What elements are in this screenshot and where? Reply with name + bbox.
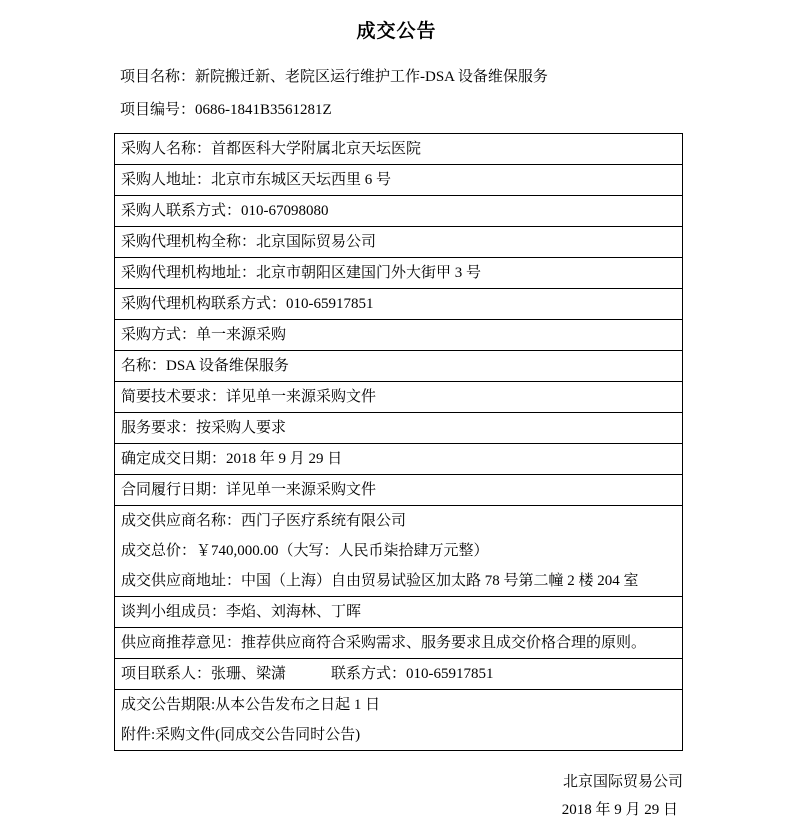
- signature-block: 北京国际贸易公司 2018 年 9 月 29 日: [114, 768, 683, 824]
- project-name-line: 项目名称：新院搬迁新、老院区运行维护工作-DSA 设备维保服务: [120, 61, 793, 94]
- cell-award-date: 确定成交日期：2018 年 9 月 29 日: [115, 444, 683, 475]
- cell-agency-name: 采购代理机构全称：北京国际贸易公司: [115, 227, 683, 258]
- cell-announcement-period: 成交公告期限:从本公告发布之日起 1 日 附件:采购文件(同成交公告同时公告): [115, 690, 683, 751]
- announcement-table: 采购人名称：首都医科大学附属北京天坛医院 采购人地址：北京市东城区天坛西里 6 …: [114, 133, 683, 751]
- table-row: 成交公告期限:从本公告发布之日起 1 日 附件:采购文件(同成交公告同时公告): [115, 690, 683, 751]
- signature-organization: 北京国际贸易公司: [114, 768, 683, 796]
- cell-agency-contact: 采购代理机构联系方式：010-65917851: [115, 289, 683, 320]
- signature-date: 2018 年 9 月 29 日: [114, 796, 683, 824]
- agency-contact-text: 采购代理机构联系方式：010-65917851: [121, 289, 676, 319]
- total-price-text: 成交总价：￥740,000.00（大写：人民币柒拾肆万元整）: [121, 536, 676, 566]
- table-row: 服务要求：按采购人要求: [115, 413, 683, 444]
- procurement-method-text: 采购方式：单一来源采购: [121, 320, 676, 350]
- table-row: 项目联系人：张珊、梁潇 联系方式：010-65917851: [115, 659, 683, 690]
- cell-purchaser-contact: 采购人联系方式：010-67098080: [115, 196, 683, 227]
- purchaser-contact-text: 采购人联系方式：010-67098080: [121, 196, 676, 226]
- service-requirements-text: 服务要求：按采购人要求: [121, 413, 676, 443]
- cell-supplier-recommendation: 供应商推荐意见：推荐供应商符合采购需求、服务要求且成交价格合理的原则。: [115, 628, 683, 659]
- table-row: 简要技术要求：详见单一来源采购文件: [115, 382, 683, 413]
- table-row: 采购人联系方式：010-67098080: [115, 196, 683, 227]
- table-row: 采购方式：单一来源采购: [115, 320, 683, 351]
- table-row: 供应商推荐意见：推荐供应商符合采购需求、服务要求且成交价格合理的原则。: [115, 628, 683, 659]
- negotiation-team-text: 谈判小组成员：李焰、刘海林、丁晖: [121, 597, 676, 627]
- cell-negotiation-team: 谈判小组成员：李焰、刘海林、丁晖: [115, 597, 683, 628]
- purchaser-name-text: 采购人名称：首都医科大学附属北京天坛医院: [121, 134, 676, 164]
- project-contact-text: 项目联系人：张珊、梁潇 联系方式：010-65917851: [121, 659, 676, 689]
- project-number-line: 项目编号：0686-1841B3561281Z: [120, 94, 793, 127]
- cell-technical-requirements: 简要技术要求：详见单一来源采购文件: [115, 382, 683, 413]
- cell-project-contact: 项目联系人：张珊、梁潇 联系方式：010-65917851: [115, 659, 683, 690]
- supplier-recommendation-text: 供应商推荐意见：推荐供应商符合采购需求、服务要求且成交价格合理的原则。: [121, 628, 676, 658]
- cell-contract-performance-date: 合同履行日期：详见单一来源采购文件: [115, 475, 683, 506]
- cell-purchaser-name: 采购人名称：首都医科大学附属北京天坛医院: [115, 134, 683, 165]
- table-row: 采购代理机构全称：北京国际贸易公司: [115, 227, 683, 258]
- award-date-text: 确定成交日期：2018 年 9 月 29 日: [121, 444, 676, 474]
- intro-section: 项目名称：新院搬迁新、老院区运行维护工作-DSA 设备维保服务 项目编号：068…: [120, 61, 793, 127]
- table-row: 确定成交日期：2018 年 9 月 29 日: [115, 444, 683, 475]
- table-row: 采购人名称：首都医科大学附属北京天坛医院: [115, 134, 683, 165]
- table-row: 谈判小组成员：李焰、刘海林、丁晖: [115, 597, 683, 628]
- table-row: 采购人地址：北京市东城区天坛西里 6 号: [115, 165, 683, 196]
- purchaser-address-text: 采购人地址：北京市东城区天坛西里 6 号: [121, 165, 676, 195]
- cell-supplier-info: 成交供应商名称：西门子医疗系统有限公司 成交总价：￥740,000.00（大写：…: [115, 506, 683, 597]
- table-row: 成交供应商名称：西门子医疗系统有限公司 成交总价：￥740,000.00（大写：…: [115, 506, 683, 597]
- table-row: 合同履行日期：详见单一来源采购文件: [115, 475, 683, 506]
- cell-procurement-method: 采购方式：单一来源采购: [115, 320, 683, 351]
- announcement-period-text: 成交公告期限:从本公告发布之日起 1 日: [121, 690, 676, 720]
- table-row: 名称：DSA 设备维保服务: [115, 351, 683, 382]
- table-row: 采购代理机构联系方式：010-65917851: [115, 289, 683, 320]
- technical-requirements-text: 简要技术要求：详见单一来源采购文件: [121, 382, 676, 412]
- cell-item-name: 名称：DSA 设备维保服务: [115, 351, 683, 382]
- table-row: 采购代理机构地址：北京市朝阳区建国门外大街甲 3 号: [115, 258, 683, 289]
- page-title: 成交公告: [0, 0, 793, 43]
- agency-name-text: 采购代理机构全称：北京国际贸易公司: [121, 227, 676, 257]
- contract-performance-date-text: 合同履行日期：详见单一来源采购文件: [121, 475, 676, 505]
- supplier-address-text: 成交供应商地址：中国（上海）自由贸易试验区加太路 78 号第二幢 2 楼 204…: [121, 566, 676, 596]
- item-name-text: 名称：DSA 设备维保服务: [121, 351, 676, 381]
- cell-service-requirements: 服务要求：按采购人要求: [115, 413, 683, 444]
- agency-address-text: 采购代理机构地址：北京市朝阳区建国门外大街甲 3 号: [121, 258, 676, 288]
- document-page: 成交公告 项目名称：新院搬迁新、老院区运行维护工作-DSA 设备维保服务 项目编…: [0, 0, 793, 834]
- cell-purchaser-address: 采购人地址：北京市东城区天坛西里 6 号: [115, 165, 683, 196]
- attachment-text: 附件:采购文件(同成交公告同时公告): [121, 720, 676, 750]
- cell-agency-address: 采购代理机构地址：北京市朝阳区建国门外大街甲 3 号: [115, 258, 683, 289]
- supplier-name-text: 成交供应商名称：西门子医疗系统有限公司: [121, 506, 676, 536]
